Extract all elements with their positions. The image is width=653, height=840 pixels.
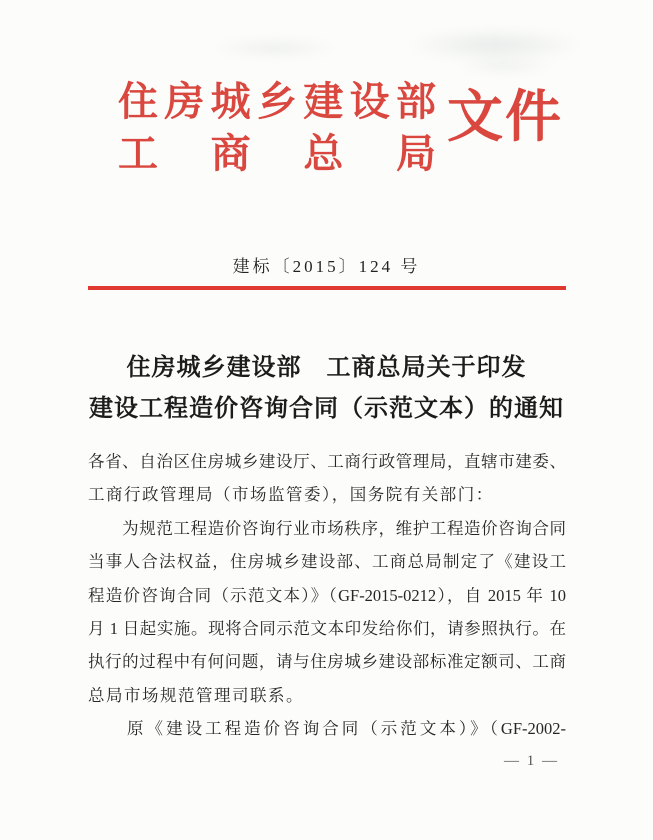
body-line: 程造价咨询合同（示范文本）》（GF-2015-0212），自 2015 年 10: [88, 579, 566, 612]
document-number: 建标〔2015〕124 号: [0, 252, 653, 277]
agency-name-line1: 住房城乡建设部: [118, 76, 436, 128]
page-number: — 1 —: [504, 753, 559, 770]
body-line: 各省、自治区住房城乡建设厅、工商行政管理局，直辖市建委、: [88, 445, 566, 478]
body-line: 为规范工程造价咨询行业市场秩序，维护工程造价咨询合同: [88, 512, 566, 545]
body-line: 当事人合法权益，住房城乡建设部、工商总局制定了《建设工: [88, 545, 566, 578]
body-line: 月 1 日起实施。现将合同示范文本印发给你们，请参照执行。在: [88, 612, 566, 645]
body-line: 工商行政管理局（市场监管委），国务院有关部门：: [88, 478, 566, 511]
document-type-label: 文件: [447, 90, 563, 146]
notice-title: 住房城乡建设部 工商总局关于印发 建设工程造价咨询合同（示范文本）的通知: [0, 348, 653, 430]
scanned-document-page: 住房城乡建设部 工商总局 文件 建标〔2015〕124 号 住房城乡建设部 工商…: [0, 0, 653, 840]
body-line: 总局市场规范管理司联系。: [88, 679, 566, 712]
agency-masthead: 住房城乡建设部 工商总局: [118, 76, 436, 180]
notice-title-line1: 住房城乡建设部 工商总局关于印发: [0, 348, 653, 389]
agency-name-line2: 工商总局: [118, 128, 436, 180]
scan-smudge: [455, 58, 555, 74]
notice-title-line2: 建设工程造价咨询合同（示范文本）的通知: [0, 389, 653, 430]
scan-smudge: [405, 28, 585, 62]
body-line: 执行的过程中有何问题，请与住房城乡建设部标准定额司、工商: [88, 645, 566, 678]
scan-smudge: [210, 38, 340, 58]
red-divider-rule: [88, 286, 566, 290]
body-line: 原《建设工程造价咨询合同（示范文本）》（GF-2002-: [88, 712, 566, 745]
notice-body: 各省、自治区住房城乡建设厅、工商行政管理局，直辖市建委、 工商行政管理局（市场监…: [88, 445, 566, 746]
